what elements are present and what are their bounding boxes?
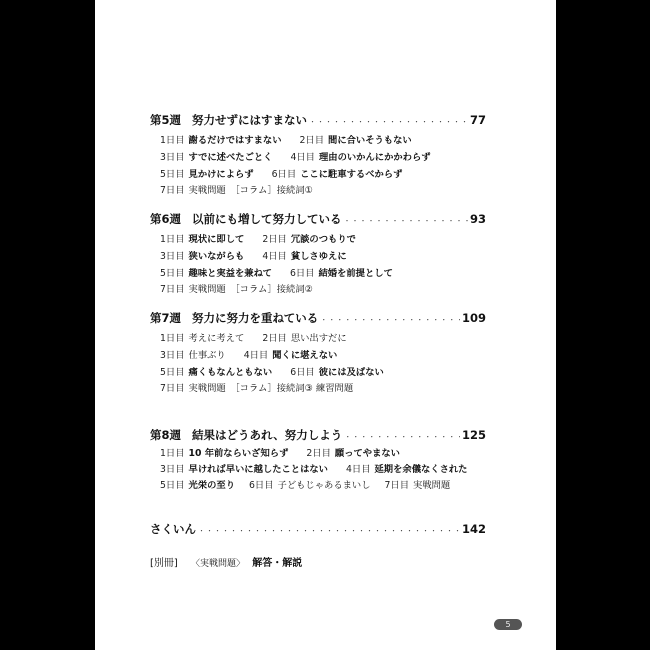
week-number: 第5週 xyxy=(150,112,181,128)
toc-entry[interactable]: 5日目光栄の至り xyxy=(160,477,235,491)
dot-leader xyxy=(198,522,460,536)
day-label: 1日目 xyxy=(160,231,185,245)
entry-title: 実戦問題 ［コラム］接続詞② xyxy=(189,281,313,295)
day-label: 1日目 xyxy=(160,445,185,459)
toc-entry[interactable]: 6日目彼には及ばない xyxy=(290,364,384,378)
page-ref: 93 xyxy=(470,212,486,226)
day-label: 2日目 xyxy=(262,231,287,245)
day-row: 3日目すでに述べたごとく 4日目理由のいかんにかかわらず xyxy=(160,149,449,163)
entry-title: 貧しさゆえに xyxy=(291,248,347,262)
page-ref: 77 xyxy=(470,113,486,127)
toc-entry[interactable]: 7日目実戦問題 xyxy=(385,477,451,491)
dot-leader xyxy=(344,212,468,226)
toc-entry[interactable]: 7日目実戦問題 ［コラム］接続詞② xyxy=(160,281,313,295)
day-label: 5日目 xyxy=(160,477,185,491)
toc-entry[interactable]: 3日目狭いながらも xyxy=(160,248,244,262)
entry-title: 子どもじゃあるまいし xyxy=(278,477,371,491)
entry-title: 実戦問題 ［コラム］接続詞① xyxy=(189,182,313,196)
day-label: 6日目 xyxy=(272,166,297,180)
week-heading[interactable]: 第5週 努力せずにはすまない 77 xyxy=(150,112,486,128)
toc-entry[interactable]: 2日目間に合いそうもない xyxy=(300,132,412,146)
week-title: 努力せずにはすまない xyxy=(192,112,307,128)
day-label: 7日目 xyxy=(385,477,410,491)
page-ref: 125 xyxy=(462,428,486,442)
entry-title: 彼には及ばない xyxy=(319,364,384,378)
day-label: 2日目 xyxy=(306,445,331,459)
day-label: 7日目 xyxy=(160,182,185,196)
page-ref: 142 xyxy=(462,522,486,536)
week-heading[interactable]: 第8週 結果はどうあれ、努力しよう 125 xyxy=(150,427,486,443)
day-label: 6日目 xyxy=(290,265,315,279)
toc-entry[interactable]: 1日目謝るだけではすまない xyxy=(160,132,282,146)
entry-title: 見かけによらず xyxy=(189,166,254,180)
toc-entry[interactable]: 4日目延期を余儀なくされた xyxy=(346,461,468,475)
week-number: 第8週 xyxy=(150,427,181,443)
dot-leader xyxy=(309,113,468,127)
day-row: 1日目謝るだけではすまない 2日目間に合いそうもない xyxy=(160,132,430,146)
toc-entry[interactable]: 1日目現状に即して xyxy=(160,231,244,245)
day-label: 7日目 xyxy=(160,380,185,394)
toc-entry[interactable]: 7日目実戦問題 ［コラム］接続詞① xyxy=(160,182,313,196)
page-number-badge: 5 xyxy=(494,619,522,630)
supplement-bracket: [別冊] xyxy=(150,558,178,569)
week-title: 努力に努力を重ねている xyxy=(192,310,318,326)
day-label: 3日目 xyxy=(160,248,185,262)
day-row: 3日目仕事ぶり 4日目聞くに堪えない xyxy=(160,347,355,361)
entry-title: 思い出すだに xyxy=(291,330,347,344)
entry-title: 間に合いそうもない xyxy=(328,132,412,146)
entry-title: 趣味と実益を兼ねて xyxy=(189,265,272,279)
toc-entry[interactable]: 3日目早ければ早いに越したことはない xyxy=(160,461,328,475)
week-number: 第7週 xyxy=(150,310,181,326)
toc-entry[interactable]: 4日目貧しさゆえに xyxy=(262,248,346,262)
entry-title: 理由のいかんにかかわらず xyxy=(319,149,431,163)
week-heading[interactable]: 第6週 以前にも増して努力している 93 xyxy=(150,211,486,227)
book-page: 第5週 努力せずにはすまない 77 1日目謝るだけではすまない 2日目間に合いそ… xyxy=(95,0,556,650)
day-label: 6日目 xyxy=(290,364,315,378)
supplement-entry[interactable]: [別冊] 〈実戦問題〉 解答・解説 xyxy=(150,554,302,569)
toc-entry[interactable]: 6日目結婚を前提として xyxy=(290,265,393,279)
toc-entry[interactable]: 1日目10 年前ならいざ知らず xyxy=(160,445,288,459)
day-label: 1日目 xyxy=(160,132,185,146)
toc-entry[interactable]: 6日目ここに駐車するべからず xyxy=(272,166,403,180)
entry-title: 延期を余儀なくされた xyxy=(375,461,468,475)
entry-title: 痛くもなんともない xyxy=(189,364,273,378)
day-row: 7日目実戦問題 ［コラム］接続詞① xyxy=(160,182,331,196)
day-row: 5日目痛くもなんともない 6日目彼には及ばない xyxy=(160,364,402,378)
entry-title: 仕事ぶり xyxy=(189,347,226,361)
toc-entry[interactable]: 5日目見かけによらず xyxy=(160,166,254,180)
day-row: 5日目趣味と実益を兼ねて 6日目結婚を前提として xyxy=(160,265,411,279)
day-row: 3日目早ければ早いに越したことはない 4日目延期を余儀なくされた xyxy=(160,461,485,475)
entry-title: 謝るだけではすまない xyxy=(189,132,282,146)
supplement-title: 解答・解説 xyxy=(252,558,302,569)
day-label: 4日目 xyxy=(346,461,371,475)
day-label: 3日目 xyxy=(160,149,185,163)
toc-entry[interactable]: 5日目痛くもなんともない xyxy=(160,364,272,378)
day-label: 3日目 xyxy=(160,347,185,361)
day-label: 4日目 xyxy=(244,347,269,361)
day-label: 5日目 xyxy=(160,265,185,279)
day-label: 5日目 xyxy=(160,364,185,378)
entry-title: 結婚を前提として xyxy=(318,265,392,279)
entry-title: 冗談のつもりで xyxy=(291,231,356,245)
toc-entry[interactable]: 5日目趣味と実益を兼ねて xyxy=(160,265,272,279)
entry-title: 狭いながらも xyxy=(189,248,245,262)
day-label: 7日目 xyxy=(160,281,185,295)
entry-title: ここに駐車するべからず xyxy=(300,166,402,180)
entry-title: 現状に即して xyxy=(189,231,245,245)
day-row: 7日目実戦問題 ［コラム］接続詞③ 練習問題 xyxy=(160,380,371,394)
entry-title: 聞くに堪えない xyxy=(272,347,337,361)
toc-entry[interactable]: 4日目理由のいかんにかかわらず xyxy=(290,149,430,163)
entry-title: 実戦問題 xyxy=(413,477,450,491)
toc-entry[interactable]: 3日目仕事ぶり xyxy=(160,347,226,361)
day-label: 3日目 xyxy=(160,461,185,475)
entry-title: 10 年前ならいざ知らず xyxy=(189,445,289,459)
page-ref: 109 xyxy=(462,311,486,325)
day-row: 1日目現状に即して 2日目冗談のつもりで xyxy=(160,231,374,245)
supplement-subject: 〈実戦問題〉 xyxy=(191,559,245,569)
day-row: 5日目見かけによらず 6日目ここに駐車するべからず xyxy=(160,166,420,180)
toc-entry[interactable]: 7日目実戦問題 ［コラム］接続詞③ 練習問題 xyxy=(160,380,353,394)
day-label: 4日目 xyxy=(262,248,287,262)
toc-entry[interactable]: 3日目すでに述べたごとく xyxy=(160,149,272,163)
index-entry[interactable]: さくいん 142 xyxy=(150,521,486,537)
toc-entry[interactable]: 6日目子どもじゃあるまいし xyxy=(249,477,371,491)
week-title: 以前にも増して努力している xyxy=(192,211,342,227)
toc-entry[interactable]: 2日目願ってやまない xyxy=(306,445,400,459)
day-row: 5日目光栄の至り 6日目子どもじゃあるまいし 7日目実戦問題 xyxy=(160,477,468,491)
toc-entry[interactable]: 1日目考えに考えて xyxy=(160,330,244,344)
week-heading[interactable]: 第7週 努力に努力を重ねている 109 xyxy=(150,310,486,326)
toc-entry[interactable]: 2日目思い出すだに xyxy=(262,330,346,344)
day-label: 2日目 xyxy=(262,330,287,344)
week-number: 第6週 xyxy=(150,211,181,227)
day-label: 1日目 xyxy=(160,330,185,344)
day-label: 4日目 xyxy=(290,149,315,163)
dot-leader xyxy=(320,311,460,325)
index-label: さくいん xyxy=(150,521,196,537)
day-row: 7日目実戦問題 ［コラム］接続詞② xyxy=(160,281,331,295)
day-label: 6日目 xyxy=(249,477,274,491)
day-row: 1日目考えに考えて 2日目思い出すだに xyxy=(160,330,365,344)
entry-title: すでに述べたごとく xyxy=(189,149,273,163)
day-label: 2日目 xyxy=(300,132,325,146)
entry-title: 早ければ早いに越したことはない xyxy=(189,461,328,475)
entry-title: 光栄の至り xyxy=(189,477,236,491)
day-label: 5日目 xyxy=(160,166,185,180)
dot-leader xyxy=(344,428,460,442)
entry-title: 実戦問題 ［コラム］接続詞③ 練習問題 xyxy=(189,380,354,394)
week-title: 結果はどうあれ、努力しよう xyxy=(192,427,342,443)
toc-entry[interactable]: 2日目冗談のつもりで xyxy=(262,231,356,245)
toc-entry[interactable]: 4日目聞くに堪えない xyxy=(244,347,338,361)
day-row: 3日目狭いながらも 4日目貧しさゆえに xyxy=(160,248,365,262)
day-row: 1日目10 年前ならいざ知らず 2日目願ってやまない xyxy=(160,445,418,459)
entry-title: 願ってやまない xyxy=(335,445,400,459)
entry-title: 考えに考えて xyxy=(189,330,245,344)
